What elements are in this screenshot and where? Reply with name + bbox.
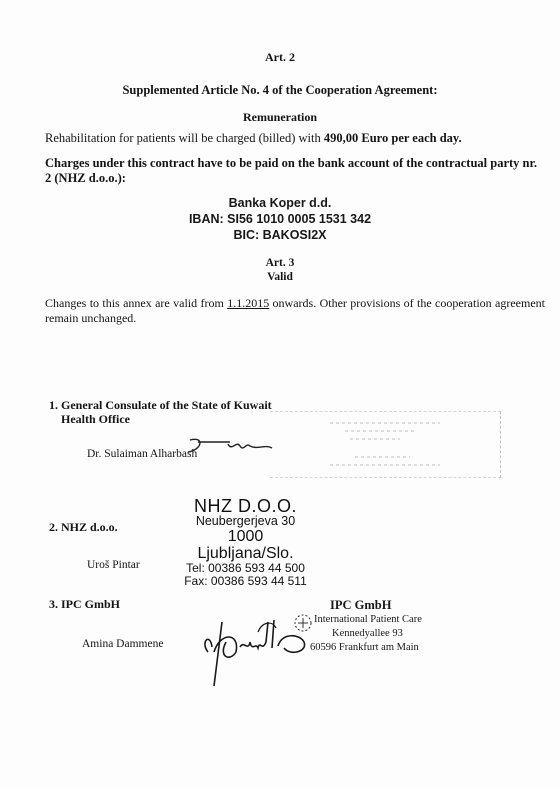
nhz-stamp-fax: Fax: 00386 593 44 511 <box>178 575 313 588</box>
validity-paragraph: Changes to this annex are valid from 1.1… <box>45 296 545 326</box>
ipc-stamp-subtitle: International Patient Care <box>314 614 422 625</box>
nhz-stamp-city: 1000 Ljubljana/Slo. <box>178 528 313 562</box>
signatory-2-name: Uroš Pintar <box>87 559 140 571</box>
validity-text-prefix: Changes to this annex are valid from <box>45 296 227 310</box>
signature-1-icon <box>180 432 280 462</box>
signatory-3-name: Amina Dammene <box>82 638 163 650</box>
nhz-stamp-title: NHZ D.O.O. <box>178 497 313 515</box>
rehab-text: Rehabilitation for patients will be char… <box>45 131 324 145</box>
remuneration-heading: Remuneration <box>0 110 560 125</box>
ipc-stamp-title: IPC GmbH <box>330 598 391 613</box>
valid-date: 1.1.2015 <box>227 296 269 310</box>
article-3-heading: Art. 3 <box>0 257 560 269</box>
document-page: Art. 2 Supplemented Article No. 4 of the… <box>0 0 560 787</box>
signatory-1-label: 1. General Consulate of the State of Kuw… <box>49 398 272 413</box>
article-2-heading: Art. 2 <box>0 50 560 65</box>
kuwait-consulate-stamp <box>270 411 501 478</box>
valid-heading: Valid <box>0 271 560 283</box>
ipc-stamp-city: 60596 Frankfurt am Main <box>310 642 419 653</box>
rehabilitation-charge-line: Rehabilitation for patients will be char… <box>45 131 462 146</box>
nhz-stamp-street: Neubergerjeva 30 <box>178 515 313 528</box>
article-2-subtitle: Supplemented Article No. 4 of the Cooper… <box>0 83 560 98</box>
nhz-company-stamp: NHZ D.O.O. Neubergerjeva 30 1000 Ljublja… <box>178 497 313 588</box>
ipc-logo-icon <box>292 612 314 634</box>
bank-name: Banka Koper d.d. <box>0 196 560 210</box>
ipc-stamp-street: Kennedyallee 93 <box>332 628 403 639</box>
signatory-1-office: Health Office <box>61 412 130 427</box>
bank-iban: IBAN: SI56 1010 0005 1531 342 <box>0 212 560 226</box>
charges-paragraph: Charges under this contract have to be p… <box>45 156 545 186</box>
bank-bic: BIC: BAKOSI2X <box>0 228 560 242</box>
signatory-2-label: 2. NHZ d.o.o. <box>49 520 118 535</box>
rehab-amount: 490,00 Euro per each day. <box>324 131 462 145</box>
signatory-3-label: 3. IPC GmbH <box>49 597 120 612</box>
